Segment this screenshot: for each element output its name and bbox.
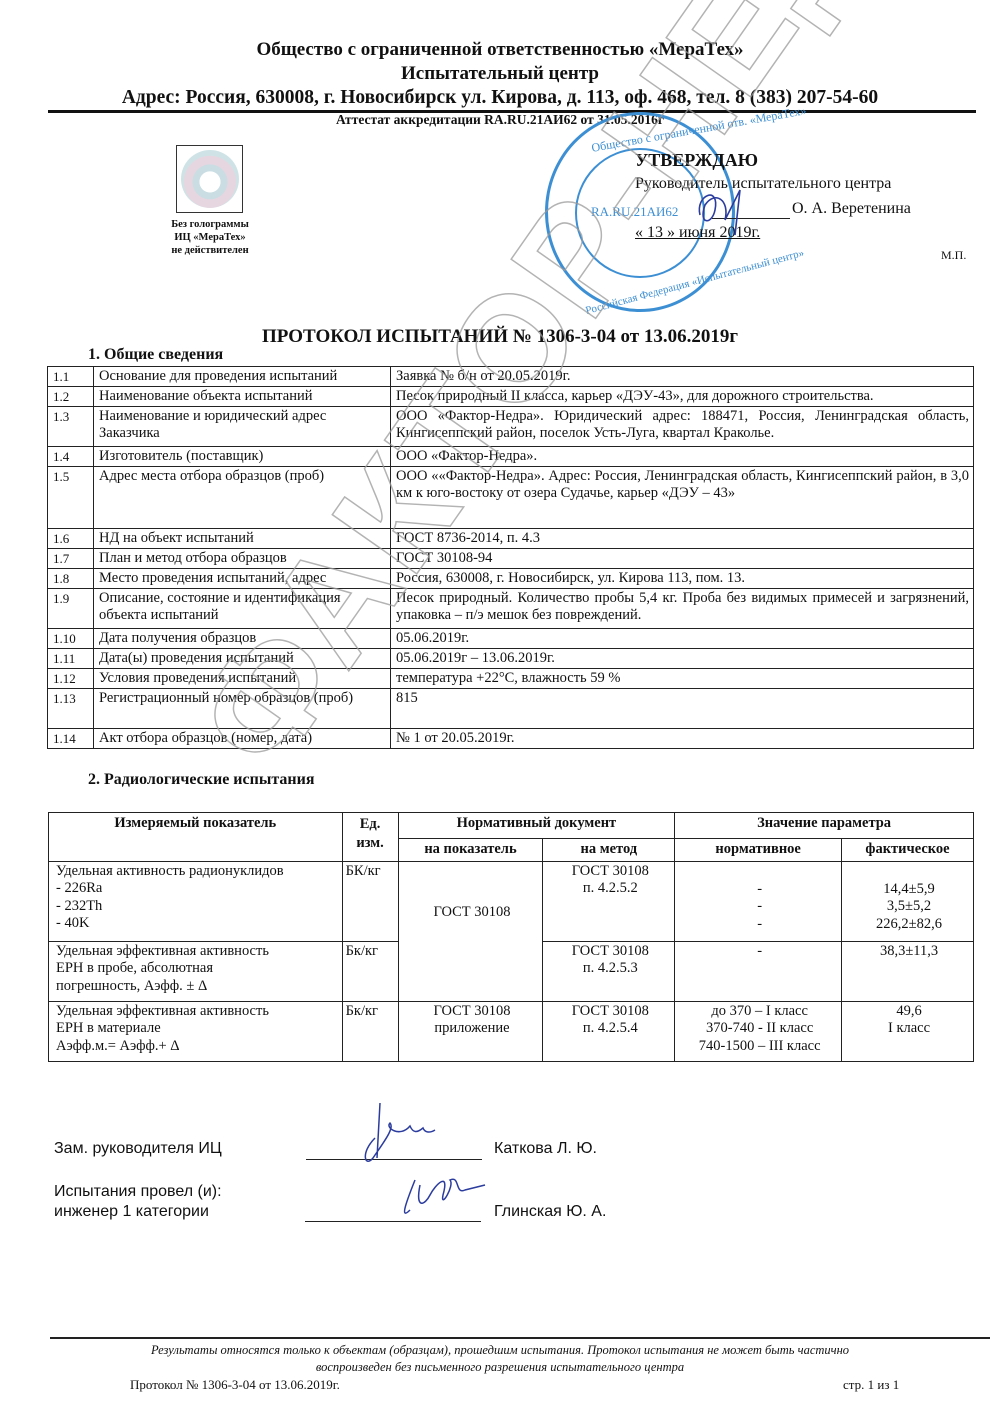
actual-cell: 49,6 I класс — [842, 1001, 974, 1061]
table-row: 1.10 Дата получения образцов 05.06.2019г… — [48, 629, 974, 649]
row-label: Акт отбора образцов (номер, дата) — [94, 729, 391, 749]
table-row: 1.3 Наименование и юридический адрес Зак… — [48, 407, 974, 447]
doc-method-text: п. 4.2.5.3 — [550, 960, 670, 978]
row-value: ООО «Фактор-Недра». — [391, 447, 974, 467]
row-number: 1.9 — [48, 589, 94, 629]
table-row: 1.11 Дата(ы) проведения испытаний 05.06.… — [48, 649, 974, 669]
col-header-on-method: на метод — [543, 839, 675, 862]
row-number: 1.13 — [48, 689, 94, 729]
actual-value: 3,5±5,2 — [849, 898, 969, 916]
radiology-table: Измеряемый показатель Ед. изм. Нормативн… — [48, 812, 974, 1062]
row-number: 1.10 — [48, 629, 94, 649]
row-label: НД на объект испытаний — [94, 529, 391, 549]
doc-method-cell: ГОСТ 30108 п. 4.2.5.4 — [543, 1001, 675, 1061]
tested-name: Глинская Ю. А. — [494, 1203, 606, 1221]
row-label: Дата получения образцов — [94, 629, 391, 649]
normative-class: до 370 – I класс — [682, 1003, 837, 1021]
row-label: Наименование объекта испытаний — [94, 387, 391, 407]
indicator-text: ЕРН в пробе, абсолютная — [56, 960, 338, 978]
deputy-name: Каткова Л. Ю. — [494, 1140, 597, 1158]
row-value: Песок природный II класса, карьер «ДЭУ-4… — [391, 387, 974, 407]
row-label: Наименование и юридический адрес Заказчи… — [94, 407, 391, 447]
table-row: 1.14 Акт отбора образцов (номер, дата) №… — [48, 729, 974, 749]
col-header-actual: фактическое — [842, 839, 974, 862]
table-row: 1.5 Адрес места отбора образцов (проб) О… — [48, 467, 974, 529]
actual-cell: 14,4±5,9 3,5±5,2 226,2±82,6 — [842, 861, 974, 941]
row-value: 05.06.2019г – 13.06.2019г. — [391, 649, 974, 669]
row-value: ГОСТ 30108-94 — [391, 549, 974, 569]
actual-class: I класс — [849, 1020, 969, 1038]
col-header-on-indicator: на показатель — [398, 839, 543, 862]
row-value: температура +22°С, влажность 59 % — [391, 669, 974, 689]
doc-indicator-cell: ГОСТ 30108 — [398, 861, 543, 1001]
table-row: 1.4 Изготовитель (поставщик) ООО «Фактор… — [48, 447, 974, 467]
actual-value: 226,2±82,6 — [849, 916, 969, 934]
hologram-caption: Без голограммы ИЦ «МераТех» не действите… — [160, 218, 260, 257]
footer-divider — [50, 1337, 990, 1339]
approval-role: Руководитель испытательного центра — [635, 175, 891, 193]
indicator-text: Удельная активность радионуклидов — [56, 863, 338, 881]
nuclide-item: - 40K — [56, 915, 338, 933]
unit-cell: Бк/кг — [342, 941, 398, 1001]
nuclide-item: - 232Th — [56, 898, 338, 916]
normative-cell: - — [675, 941, 842, 1001]
row-label: Место проведения испытаний, адрес — [94, 569, 391, 589]
table-row: 1.7 План и метод отбора образцов ГОСТ 30… — [48, 549, 974, 569]
footer-disclaimer: Результаты относятся только к объектам (… — [0, 1342, 1000, 1376]
section-heading-radiology: 2. Радиологические испытания — [88, 771, 314, 789]
tested-signature-icon — [395, 1165, 495, 1225]
doc-method-cell: ГОСТ 30108 п. 4.2.5.3 — [543, 941, 675, 1001]
row-label: Основание для проведения испытаний — [94, 367, 391, 387]
hologram-icon — [181, 150, 239, 208]
table-row: 1.6 НД на объект испытаний ГОСТ 8736-201… — [48, 529, 974, 549]
hologram-caption-line: не действителен — [160, 244, 260, 257]
row-number: 1.5 — [48, 467, 94, 529]
row-value: 05.06.2019г. — [391, 629, 974, 649]
indicator-text: погрешность, Аэфф. ± Δ — [56, 978, 338, 996]
row-label: Изготовитель (поставщик) — [94, 447, 391, 467]
row-value: № 1 от 20.05.2019г. — [391, 729, 974, 749]
normative-cell: - - - — [675, 861, 842, 941]
table-header-row: Измеряемый показатель Ед. изм. Нормативн… — [49, 813, 974, 839]
doc-indicator-text: ГОСТ 30108 — [406, 1003, 539, 1021]
general-info-table: 1.1 Основание для проведения испытаний З… — [47, 366, 974, 749]
indicator-text: ЕРН в материале — [56, 1020, 338, 1038]
row-number: 1.7 — [48, 549, 94, 569]
approval-heading: УТВЕРЖДАЮ — [635, 150, 758, 171]
table-row: 1.13 Регистрационный номер образцов (про… — [48, 689, 974, 729]
indicator-text: Аэфф.м.= Аэфф.+ Δ — [56, 1038, 338, 1056]
row-value: 815 — [391, 689, 974, 729]
organization-address: Адрес: Россия, 630008, г. Новосибирск ул… — [0, 86, 1000, 110]
doc-method-text: п. 4.2.5.4 — [550, 1020, 670, 1038]
row-label: План и метод отбора образцов — [94, 549, 391, 569]
seal-mark: М.П. — [941, 248, 966, 263]
footer-protocol-ref: Протокол № 1306-3-04 от 13.06.2019г. — [130, 1377, 340, 1393]
row-label: Описание, состояние и идентификация объе… — [94, 589, 391, 629]
row-number: 1.3 — [48, 407, 94, 447]
col-header-indicator: Измеряемый показатель — [49, 813, 343, 862]
tested-label: Испытания провел (и): — [54, 1183, 222, 1201]
hologram-caption-line: Без голограммы — [160, 218, 260, 231]
row-value: ГОСТ 8736-2014, п. 4.3 — [391, 529, 974, 549]
row-label: Условия проведения испытаний — [94, 669, 391, 689]
col-header-normative: нормативное — [675, 839, 842, 862]
row-value: ООО ««Фактор-Недра». Адрес: Россия, Лени… — [391, 467, 974, 529]
table-row: 1.9 Описание, состояние и идентификация … — [48, 589, 974, 629]
row-number: 1.8 — [48, 569, 94, 589]
row-label: Регистрационный номер образцов (проб) — [94, 689, 391, 729]
doc-indicator-text: приложение — [406, 1020, 539, 1038]
unit-cell: БК/кг — [342, 861, 398, 941]
doc-indicator-cell: ГОСТ 30108 приложение — [398, 1001, 543, 1061]
row-number: 1.12 — [48, 669, 94, 689]
signature-icon — [690, 180, 760, 240]
indicator-cell: Удельная эффективная активность ЕРН в пр… — [49, 941, 343, 1001]
normative-value: - — [682, 916, 837, 934]
indicator-cell: Удельная активность радионуклидов - 226R… — [49, 861, 343, 941]
deputy-signature-icon — [355, 1098, 445, 1173]
hologram-caption-line: ИЦ «МераТех» — [160, 231, 260, 244]
nuclide-item: - 226Ra — [56, 880, 338, 898]
row-number: 1.6 — [48, 529, 94, 549]
col-header-normative-doc: Нормативный документ — [398, 813, 675, 839]
hologram-image — [176, 145, 243, 213]
actual-cell: 38,3±11,3 — [842, 941, 974, 1001]
doc-method-text: п. 4.2.5.2 — [550, 880, 670, 898]
row-number: 1.4 — [48, 447, 94, 467]
deputy-label: Зам. руководителя ИЦ — [54, 1140, 222, 1158]
row-label: Адрес места отбора образцов (проб) — [94, 467, 391, 529]
accreditation-line: Аттестат аккредитации RA.RU.21АИ62 от 31… — [0, 112, 1000, 128]
table-row: 1.12 Условия проведения испытаний темпер… — [48, 669, 974, 689]
center-name: Испытательный центр — [0, 62, 1000, 86]
table-row: Удельная активность радионуклидов - 226R… — [49, 861, 974, 941]
table-row: Удельная эффективная активность ЕРН в ма… — [49, 1001, 974, 1061]
actual-value: 49,6 — [849, 1003, 969, 1021]
row-value: Песок природный. Количество пробы 5,4 кг… — [391, 589, 974, 629]
col-header-param-value: Значение параметра — [675, 813, 974, 839]
row-number: 1.1 — [48, 367, 94, 387]
normative-cell: до 370 – I класс 370-740 - II класс 740-… — [675, 1001, 842, 1061]
table-row: 1.2 Наименование объекта испытаний Песок… — [48, 387, 974, 407]
footer-disclaimer-line: воспроизведен без письменного разрешения… — [0, 1359, 1000, 1376]
doc-method-text: ГОСТ 30108 — [550, 943, 670, 961]
normative-value: - — [682, 881, 837, 899]
approval-name: О. А. Веретенина — [792, 200, 911, 218]
row-value: Заявка № б/н от 20.05.2019г. — [391, 367, 974, 387]
row-value: ООО «Фактор-Недра». Юридический адрес: 1… — [391, 407, 974, 447]
row-number: 1.14 — [48, 729, 94, 749]
normative-value: - — [682, 898, 837, 916]
organization-name: Общество с ограниченной ответственностью… — [0, 38, 1000, 62]
stamp-registration: RA.RU.21АИ62 — [591, 204, 678, 220]
tested-role: инженер 1 категории — [54, 1203, 209, 1221]
row-value: Россия, 630008, г. Новосибирск, ул. Киро… — [391, 569, 974, 589]
row-number: 1.11 — [48, 649, 94, 669]
page-number: стр. 1 из 1 — [843, 1377, 899, 1393]
col-header-unit: Ед. изм. — [342, 813, 398, 862]
indicator-cell: Удельная эффективная активность ЕРН в ма… — [49, 1001, 343, 1061]
row-number: 1.2 — [48, 387, 94, 407]
protocol-title: ПРОТОКОЛ ИСПЫТАНИЙ № 1306-3-04 от 13.06.… — [0, 326, 1000, 348]
footer-disclaimer-line: Результаты относятся только к объектам (… — [0, 1342, 1000, 1359]
doc-method-cell: ГОСТ 30108 п. 4.2.5.2 — [543, 861, 675, 941]
normative-class: 370-740 - II класс — [682, 1020, 837, 1038]
normative-class: 740-1500 – III класс — [682, 1038, 837, 1056]
row-label: Дата(ы) проведения испытаний — [94, 649, 391, 669]
section-heading-general: 1. Общие сведения — [88, 346, 223, 364]
doc-method-text: ГОСТ 30108 — [550, 1003, 670, 1021]
indicator-text: Удельная эффективная активность — [56, 1003, 338, 1021]
unit-cell: Бк/кг — [342, 1001, 398, 1061]
actual-value: 14,4±5,9 — [849, 881, 969, 899]
indicator-text: Удельная эффективная активность — [56, 943, 338, 961]
table-row: 1.1 Основание для проведения испытаний З… — [48, 367, 974, 387]
doc-method-text: ГОСТ 30108 — [550, 863, 670, 881]
table-row: 1.8 Место проведения испытаний, адрес Ро… — [48, 569, 974, 589]
